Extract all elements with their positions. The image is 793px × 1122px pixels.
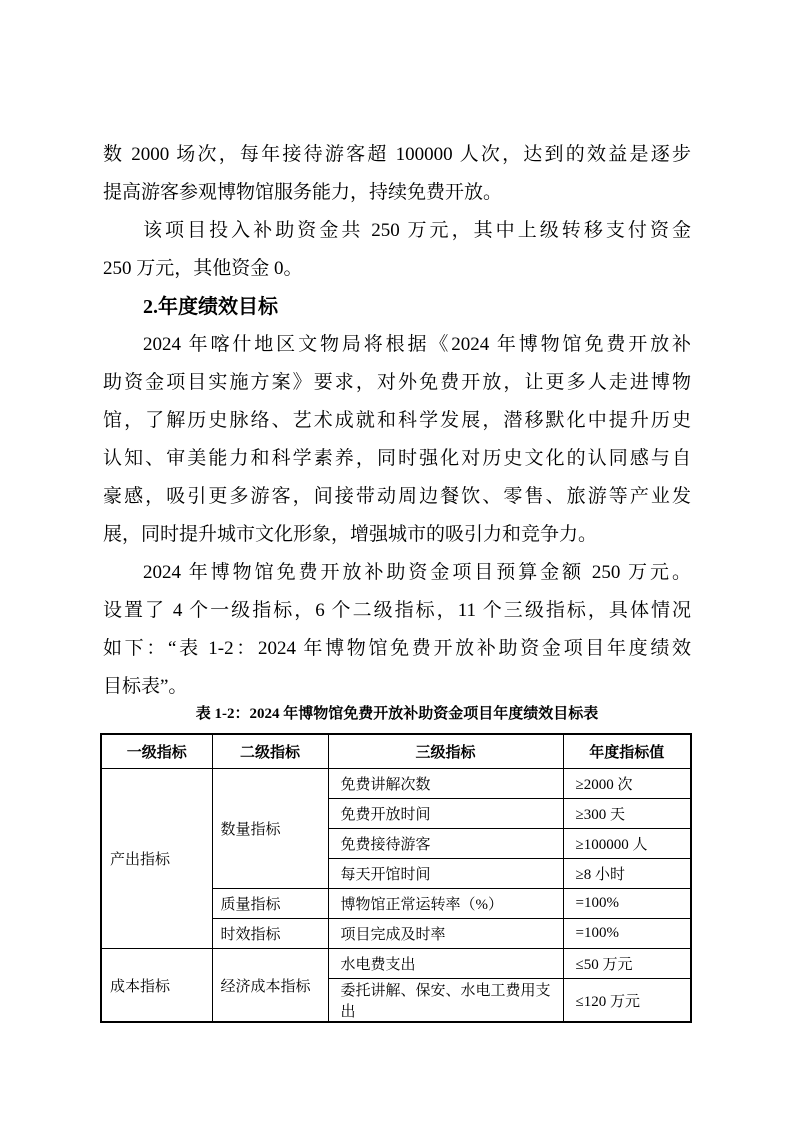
performance-target-table: 一级指标 二级指标 三级指标 年度指标值 产出指标 数量指标 免费讲解次数 ≥2… [100, 733, 692, 1023]
cell-value: ≤120 万元 [563, 979, 691, 1023]
body-line: 250 万元，其他资金 0。 [103, 250, 691, 288]
body-line: 提高游客参观博物馆服务能力，持续免费开放。 [103, 174, 691, 212]
table-caption: 表 1-2：2024 年博物馆免费开放补助资金项目年度绩效目标表 [103, 702, 691, 726]
cell-indicator: 水电费支出 [328, 949, 563, 979]
header-level1: 一级指标 [101, 734, 212, 769]
cell-indicator: 委托讲解、保安、水电工费用支出 [328, 979, 563, 1023]
table-row: 成本指标 经济成本指标 水电费支出 ≤50 万元 [101, 949, 691, 979]
document-page: 数 2000 场次，每年接待游客超 100000 人次，达到的效益是逐步 提高游… [0, 0, 793, 1122]
cell-value: ≥100000 人 [563, 829, 691, 859]
cell-level2-quantity: 数量指标 [212, 769, 328, 889]
cell-value: =100% [563, 889, 691, 919]
cell-indicator: 免费讲解次数 [328, 769, 563, 799]
body-line: 助资金项目实施方案》要求，对外免费开放，让更多人走进博物 [103, 364, 691, 402]
body-line: 豪感，吸引更多游客，间接带动周边餐饮、零售、旅游等产业发 [103, 478, 691, 516]
body-line: 如下：“表 1-2：2024 年博物馆免费开放补助资金项目年度绩效 [103, 630, 691, 668]
cell-indicator: 项目完成及时率 [328, 919, 563, 949]
body-line: 认知、审美能力和科学素养，同时强化对历史文化的认同感与自 [103, 440, 691, 478]
body-line: 展，同时提升城市文化形象，增强城市的吸引力和竞争力。 [103, 516, 691, 554]
cell-value: ≥300 天 [563, 799, 691, 829]
cell-value: ≥8 小时 [563, 859, 691, 889]
cell-value: =100% [563, 919, 691, 949]
cell-indicator: 每天开馆时间 [328, 859, 563, 889]
body-line: 目标表”。 [103, 668, 691, 706]
header-level2: 二级指标 [212, 734, 328, 769]
section-heading: 2.年度绩效目标 [103, 288, 691, 326]
header-annual-value: 年度指标值 [563, 734, 691, 769]
body-line: 该项目投入补助资金共 250 万元，其中上级转移支付资金 [103, 212, 691, 250]
body-text: 数 2000 场次，每年接待游客超 100000 人次，达到的效益是逐步 提高游… [103, 136, 691, 706]
cell-indicator: 免费接待游客 [328, 829, 563, 859]
body-line: 2024 年喀什地区文物局将根据《2024 年博物馆免费开放补 [103, 326, 691, 364]
cell-value: ≥2000 次 [563, 769, 691, 799]
table-row: 产出指标 数量指标 免费讲解次数 ≥2000 次 [101, 769, 691, 799]
body-line: 2024 年博物馆免费开放补助资金项目预算金额 250 万元。 [103, 554, 691, 592]
body-line: 设置了 4 个一级指标，6 个二级指标，11 个三级指标，具体情况 [103, 592, 691, 630]
body-line: 馆，了解历史脉络、艺术成就和科学发展，潜移默化中提升历史 [103, 402, 691, 440]
cell-indicator: 免费开放时间 [328, 799, 563, 829]
cell-level2-quality: 质量指标 [212, 889, 328, 919]
cell-level2-timeliness: 时效指标 [212, 919, 328, 949]
cell-level2-economic-cost: 经济成本指标 [212, 949, 328, 1023]
cell-level1-output: 产出指标 [101, 769, 212, 949]
cell-value: ≤50 万元 [563, 949, 691, 979]
cell-indicator: 博物馆正常运转率（%） [328, 889, 563, 919]
cell-level1-cost: 成本指标 [101, 949, 212, 1023]
body-line: 数 2000 场次，每年接待游客超 100000 人次，达到的效益是逐步 [103, 136, 691, 174]
header-level3: 三级指标 [328, 734, 563, 769]
table-header-row: 一级指标 二级指标 三级指标 年度指标值 [101, 734, 691, 769]
